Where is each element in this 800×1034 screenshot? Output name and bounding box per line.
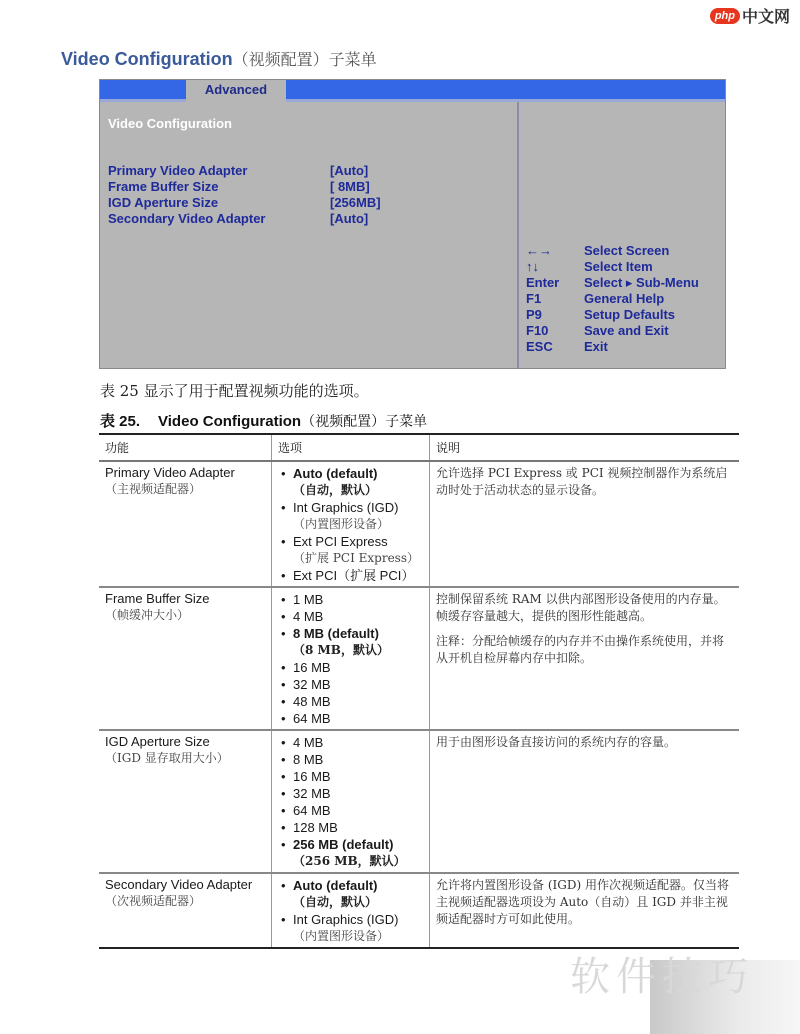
setting-value[interactable]: [Auto] — [330, 211, 368, 227]
option-item: Ext PCI（扩展 PCI） — [278, 567, 423, 584]
key-name: Enter — [526, 275, 584, 291]
key-help-row: ESCExit — [526, 339, 699, 355]
arrow-up-down-icon: ↑↓ — [526, 259, 584, 275]
options-cell: 1 MB 4 MB 8 MB (default)（8 MB，默认） 16 MB … — [272, 587, 430, 730]
intro-paragraph: 表 25 显示了用于配置视频功能的选项。 — [100, 380, 369, 401]
key-name: F1 — [526, 291, 584, 307]
description-cell: 允许将内置图形设备 (IGD) 用作次视频适配器。仅当将主视频适配器选项设为 A… — [430, 873, 740, 948]
arrow-left-right-icon: ←→ — [526, 243, 584, 259]
option-item: Auto (default)（自动，默认） — [278, 465, 423, 499]
feature-name-cn: （帧缓冲大小） — [105, 606, 265, 623]
options-cell: Auto (default)（自动，默认） Int Graphics (IGD)… — [272, 461, 430, 587]
option-item: 8 MB (default)（8 MB，默认） — [278, 625, 423, 659]
bios-setting-igd-aperture-size[interactable]: IGD Aperture Size [256MB] — [108, 195, 381, 211]
option-item: 1 MB — [278, 591, 423, 608]
option-item: 48 MB — [278, 693, 423, 710]
feature-name-cn: （次视频适配器） — [105, 892, 265, 909]
feature-name: Frame Buffer Size — [105, 591, 265, 606]
setting-label: Frame Buffer Size — [108, 179, 330, 195]
table-row: Secondary Video Adapter（次视频适配器） Auto (de… — [99, 873, 739, 948]
option-item: 8 MB — [278, 751, 423, 768]
watermark: 软件技巧 — [570, 945, 754, 1002]
key-action: Setup Defaults — [584, 307, 675, 323]
option-item: Ext PCI Express（扩展 PCI Express） — [278, 533, 423, 567]
option-item: Int Graphics (IGD)（内置图形设备） — [278, 499, 423, 533]
table-row: IGD Aperture Size（IGD 显存取用大小） 4 MB 8 MB … — [99, 730, 739, 873]
page-title-en: Video Configuration — [61, 49, 233, 69]
key-name: F10 — [526, 323, 584, 339]
bios-setting-secondary-video-adapter[interactable]: Secondary Video Adapter [Auto] — [108, 211, 381, 227]
table-header-row: 功能 选项 说明 — [99, 434, 739, 461]
key-action: Save and Exit — [584, 323, 669, 339]
feature-name: Primary Video Adapter — [105, 465, 265, 480]
options-cell: Auto (default)（自动，默认） Int Graphics (IGD)… — [272, 873, 430, 948]
option-item: 16 MB — [278, 768, 423, 785]
description-cell: 控制保留系统 RAM 以供内部图形设备使用的内存量。帧缓存容量越大，提供的图形性… — [430, 587, 740, 730]
feature-cell: IGD Aperture Size（IGD 显存取用大小） — [99, 730, 272, 873]
key-name: P9 — [526, 307, 584, 323]
site-logo: php 中文网 — [710, 4, 790, 27]
header-feature: 功能 — [99, 434, 272, 461]
bios-settings-list: Primary Video Adapter [Auto] Frame Buffe… — [108, 163, 381, 227]
key-action: Select ▸ Sub-Menu — [584, 275, 699, 291]
logo-brand: php — [710, 8, 740, 24]
option-item: 128 MB — [278, 819, 423, 836]
description-cell: 允许选择 PCI Express 或 PCI 视频控制器作为系统启动时处于活动状… — [430, 461, 740, 587]
bios-setting-primary-video-adapter[interactable]: Primary Video Adapter [Auto] — [108, 163, 381, 179]
key-action: Select Screen — [584, 243, 669, 259]
feature-cell: Frame Buffer Size（帧缓冲大小） — [99, 587, 272, 730]
options-table: 功能 选项 说明 Primary Video Adapter（主视频适配器） A… — [99, 433, 739, 949]
option-item: Auto (default)（自动，默认） — [278, 877, 423, 911]
feature-name-cn: （IGD 显存取用大小） — [105, 749, 265, 766]
feature-cell: Secondary Video Adapter（次视频适配器） — [99, 873, 272, 948]
option-item: 256 MB (default)（256 MB，默认） — [278, 836, 423, 870]
setting-label: Secondary Video Adapter — [108, 211, 330, 227]
page-title: Video Configuration（视频配置）子菜单 — [61, 47, 377, 70]
key-action: General Help — [584, 291, 664, 307]
key-help-row: P9Setup Defaults — [526, 307, 699, 323]
key-name: ESC — [526, 339, 584, 355]
description-cell: 用于由图形设备直接访问的系统内存的容量。 — [430, 730, 740, 873]
option-item: 64 MB — [278, 802, 423, 819]
key-help-row: EnterSelect ▸ Sub-Menu — [526, 275, 699, 291]
table-number: 表 25. — [100, 413, 140, 430]
option-item: Int Graphics (IGD)（内置图形设备） — [278, 911, 423, 945]
setting-value[interactable]: [ 8MB] — [330, 179, 370, 195]
key-help-row: ←→Select Screen — [526, 243, 699, 259]
options-cell: 4 MB 8 MB 16 MB 32 MB 64 MB 128 MB 256 M… — [272, 730, 430, 873]
option-item: 32 MB — [278, 676, 423, 693]
bios-key-help: ←→Select Screen ↑↓Select Item EnterSelec… — [526, 243, 699, 355]
bios-screenshot: Advanced Video Configuration Primary Vid… — [99, 79, 726, 369]
table-row: Frame Buffer Size（帧缓冲大小） 1 MB 4 MB 8 MB … — [99, 587, 739, 730]
key-help-row: ↑↓Select Item — [526, 259, 699, 275]
setting-label: Primary Video Adapter — [108, 163, 330, 179]
table-row: Primary Video Adapter（主视频适配器） Auto (defa… — [99, 461, 739, 587]
feature-name: IGD Aperture Size — [105, 734, 265, 749]
option-item: 64 MB — [278, 710, 423, 727]
bios-panel-divider — [517, 102, 519, 368]
key-help-row: F1General Help — [526, 291, 699, 307]
header-options: 选项 — [272, 434, 430, 461]
option-item: 4 MB — [278, 608, 423, 625]
setting-value[interactable]: [256MB] — [330, 195, 381, 211]
tab-advanced[interactable]: Advanced — [186, 80, 286, 102]
bios-section-title: Video Configuration — [108, 116, 232, 131]
table-caption: 表 25.Video Configuration（视频配置）子菜单 — [100, 410, 427, 431]
feature-cell: Primary Video Adapter（主视频适配器） — [99, 461, 272, 587]
feature-name: Secondary Video Adapter — [105, 877, 265, 892]
logo-text: 中文网 — [742, 4, 790, 27]
table-caption-en: Video Configuration — [158, 413, 301, 430]
option-item: 16 MB — [278, 659, 423, 676]
page-title-cn: （视频配置）子菜单 — [233, 50, 377, 69]
setting-value[interactable]: [Auto] — [330, 163, 368, 179]
bios-setting-frame-buffer-size[interactable]: Frame Buffer Size [ 8MB] — [108, 179, 381, 195]
key-action: Select Item — [584, 259, 653, 275]
key-help-row: F10Save and Exit — [526, 323, 699, 339]
header-description: 说明 — [430, 434, 740, 461]
option-item: 4 MB — [278, 734, 423, 751]
key-action: Exit — [584, 339, 608, 355]
feature-name-cn: （主视频适配器） — [105, 480, 265, 497]
setting-label: IGD Aperture Size — [108, 195, 330, 211]
option-item: 32 MB — [278, 785, 423, 802]
table-caption-cn: （视频配置）子菜单 — [301, 414, 427, 430]
